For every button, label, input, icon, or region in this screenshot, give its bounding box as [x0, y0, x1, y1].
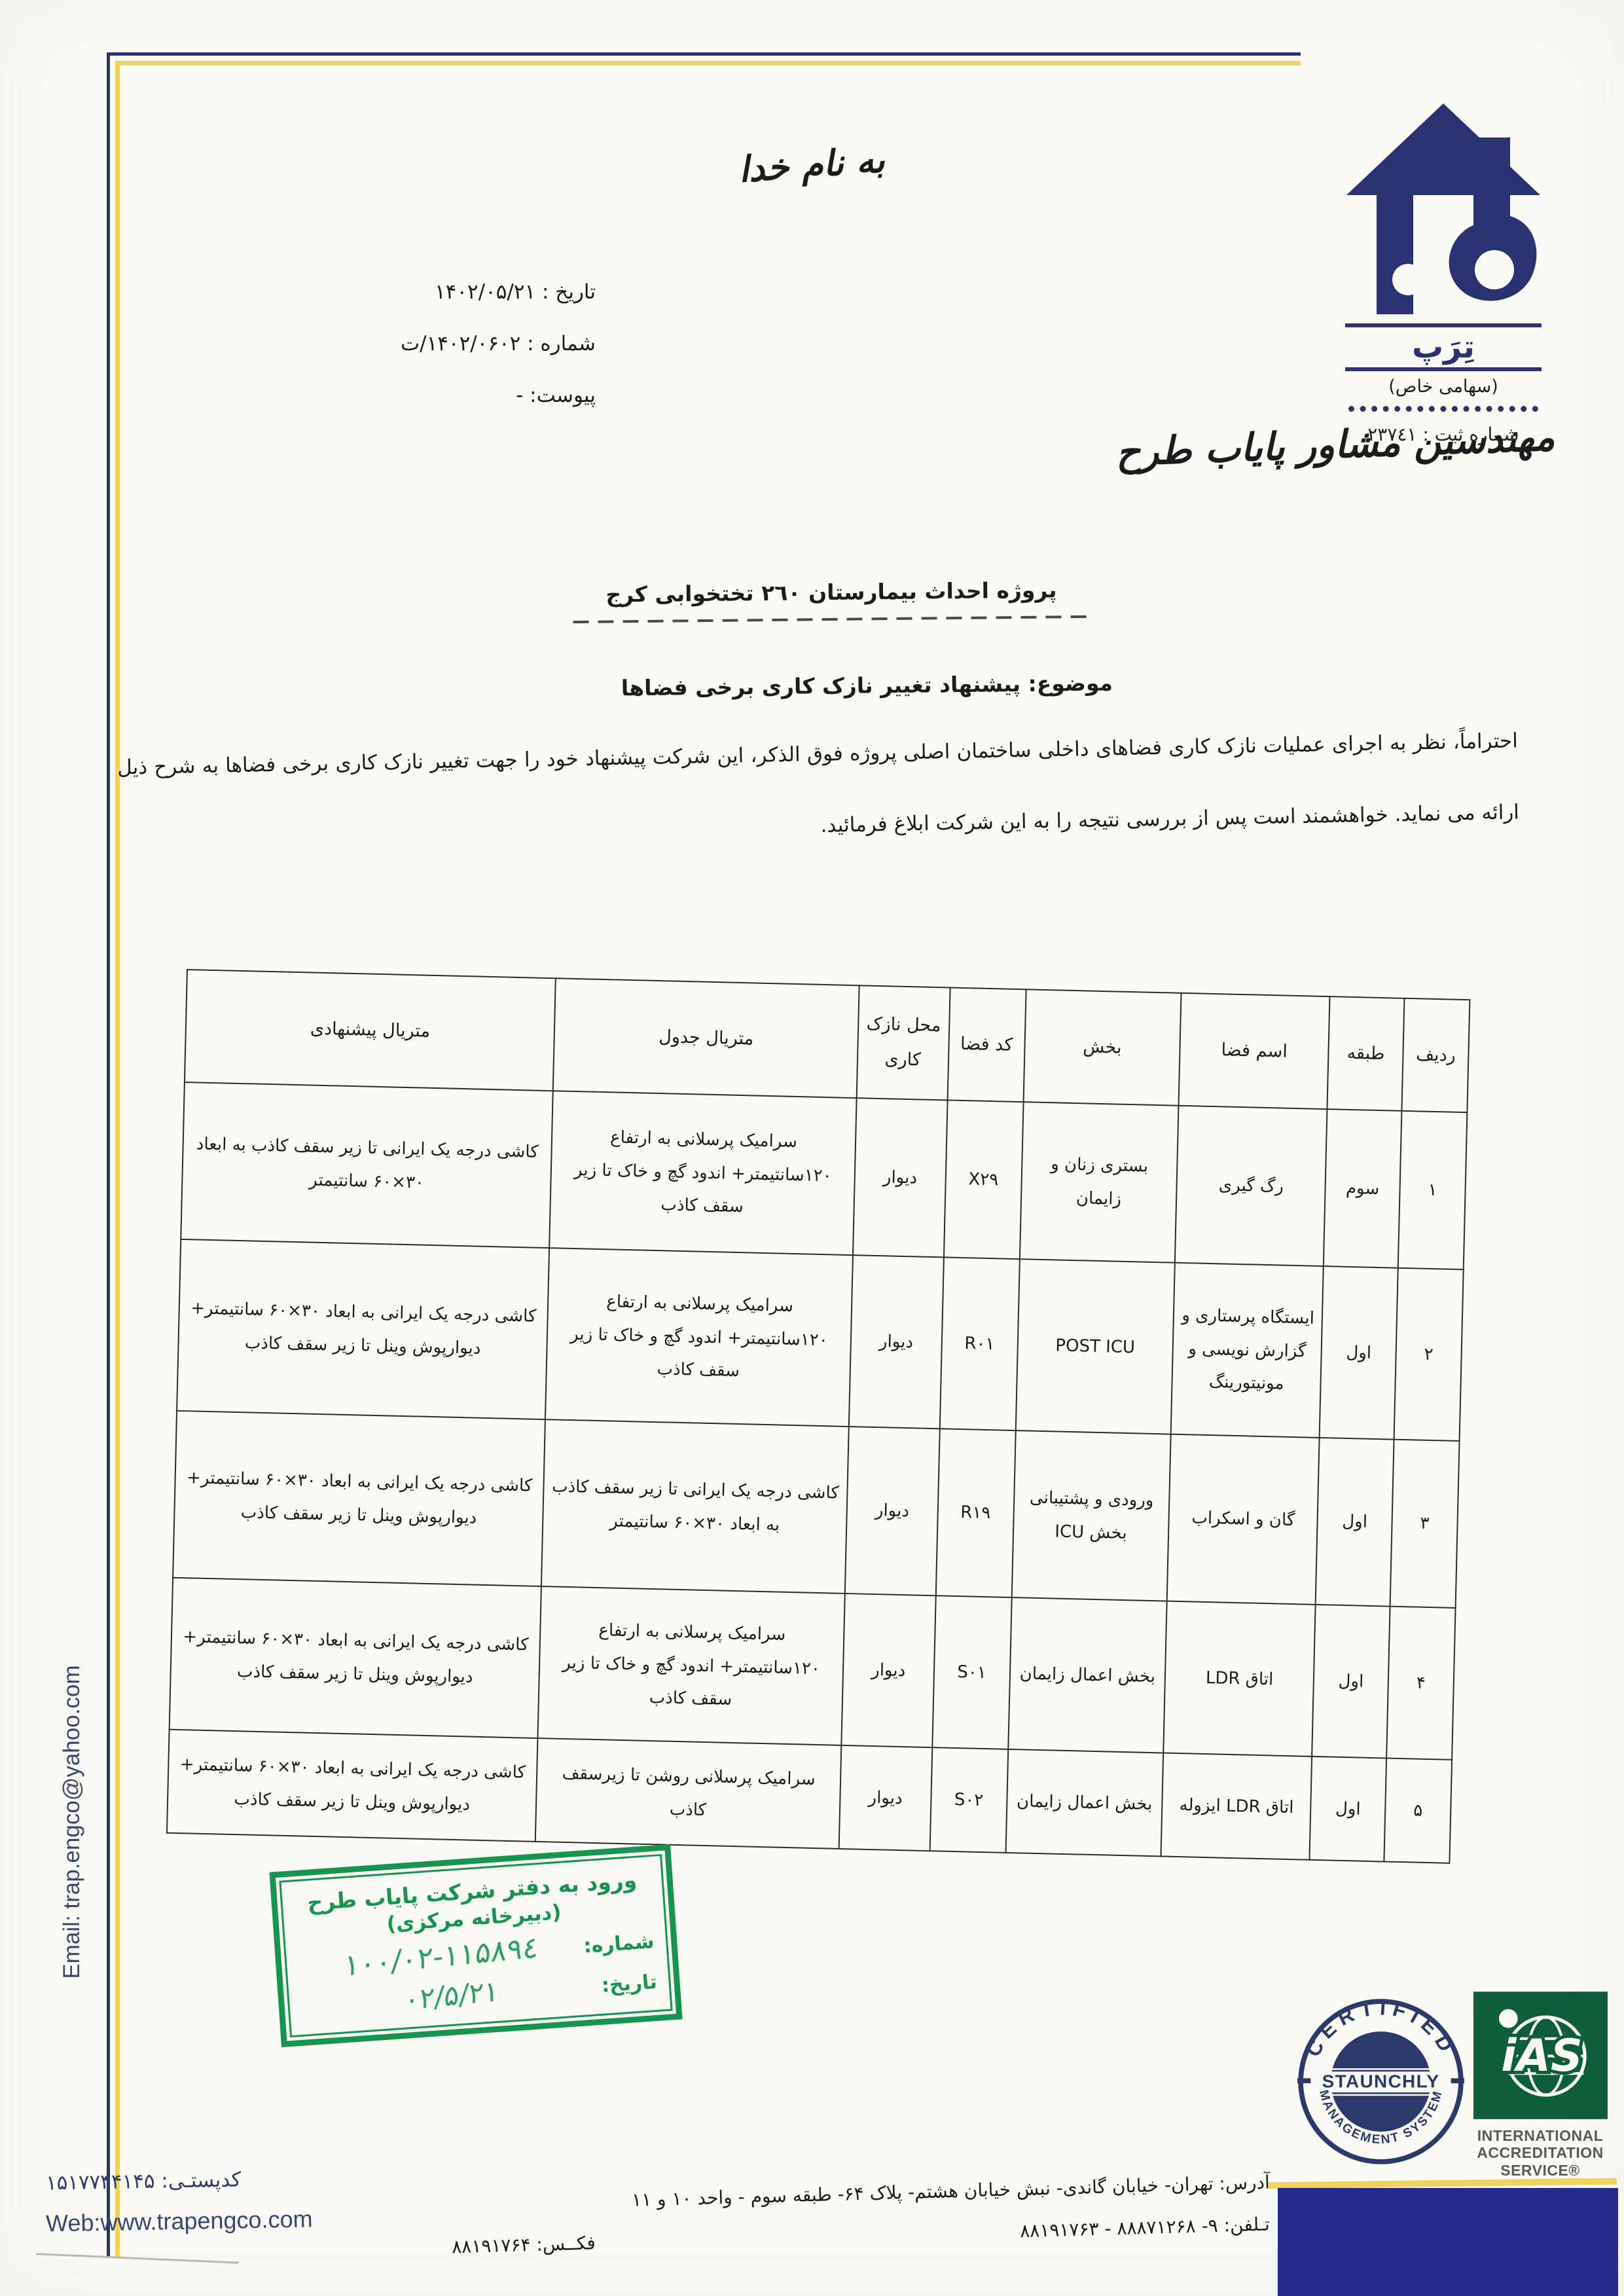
letter-date: تاریخ : ۱۴۰۲/۰۵/۲۱: [196, 280, 596, 304]
cell-proposed-material: کاشی درجه یک ایرانی به ابعاد ۳۰×۶۰ سانتی…: [170, 1578, 542, 1738]
cell-schedule-material: کاشی درجه یک ایرانی تا زیر سقف کاذب به ا…: [541, 1419, 848, 1594]
cell-space-name: رگ گیری: [1175, 1106, 1327, 1266]
cell-row-number: ۵: [1384, 1758, 1452, 1863]
postal-code: کدپستـی: ۱۵۱۷۷۴۴۱۴۵: [46, 2168, 242, 2195]
cell-location: دیوار: [839, 1745, 932, 1851]
cell-row-number: ۴: [1386, 1607, 1455, 1760]
header-finishing-location: محل نازک کاری: [856, 985, 950, 1100]
cell-floor: اول: [1310, 1757, 1387, 1862]
company-name-calligraphy: مهندسین مشاور پایاب طرح: [1106, 414, 1565, 475]
cell-floor: اول: [1320, 1266, 1398, 1440]
cell-floor: اول: [1312, 1605, 1390, 1758]
table-row: ۳ اول گان و اسکراب ورودی و پشتیبانی بخش …: [173, 1411, 1459, 1608]
cell-space-name: اتاق LDR: [1163, 1601, 1315, 1757]
company-logo-block: تِرَپ (سهامی خاص) شماره ثبت : ۲۳۷٤۱: [1312, 98, 1574, 445]
table-row: ۲ اول ایستگاه پرستاری و گزارش نویسی و مو…: [177, 1239, 1464, 1441]
email-vertical-text: Email: trap.engco@yahoo.com: [59, 1573, 85, 2071]
finishing-table-wrapper: ردیف طبقه اسم فضا بخش کد فضا محل نازک کا…: [166, 969, 1471, 1864]
cell-floor: سوم: [1324, 1109, 1402, 1268]
cell-space-code: R۰۱: [939, 1257, 1019, 1430]
frame-left-dark-line: [107, 52, 110, 2257]
staunchly-certified-badge: CERTIFIED MANAGEMENT SYSTEM STAUNCHLY: [1297, 1998, 1464, 2168]
scan-artifact-line: [36, 2253, 239, 2264]
ias-caption-line3: SERVICE®: [1470, 2162, 1610, 2179]
cell-space-name: ایستگاه پرستاری و گزارش نویسی و مونیتوری…: [1171, 1263, 1324, 1438]
cell-floor: اول: [1316, 1438, 1394, 1607]
cell-schedule-material: سرامیک پرسلانی به ارتفاع ۱۲۰سانتیمتر+ ان…: [538, 1586, 845, 1745]
frame-top-dark-line: [108, 52, 1301, 56]
cell-department: بخش اعمال زایمان: [1008, 1597, 1167, 1753]
stamp-date-label: تاریخ:: [601, 1970, 658, 1997]
cell-proposed-material: کاشی درجه یک ایرانی به ابعاد ۳۰×۶۰ سانتی…: [177, 1239, 549, 1419]
office-entry-stamp: ورود به دفتر شرکت پایاب طرح (دبیرخانه مر…: [269, 1844, 682, 2047]
dashed-separator: [573, 615, 1090, 623]
cell-department: ورودی و پشتیبانی بخش ICU: [1011, 1430, 1171, 1601]
cell-schedule-material: سرامیک پرسلانی به ارتفاع ۱۲۰سانتیمتر+ ان…: [545, 1248, 853, 1427]
company-address: آدرس: تهران- خیابان گاندی- نبش خیابان هش…: [452, 2172, 1270, 2216]
scanned-letter-page: به نام خدا تاریخ : ۱۴۰۲/۰۵/۲۱ شماره : ۱۴…: [0, 0, 1624, 2296]
logo-rule-bottom: [1345, 367, 1542, 371]
table-row: ۴ اول اتاق LDR بخش اعمال زایمان S۰۱ دیوا…: [170, 1578, 1456, 1760]
header-schedule-material: متریال جدول: [553, 978, 859, 1098]
stamp-number-label: شماره:: [583, 1930, 655, 1958]
stamp-inner-border: ورود به دفتر شرکت پایاب طرح (دبیرخانه مر…: [279, 1854, 672, 2037]
cell-department: POST ICU: [1015, 1259, 1175, 1434]
header-floor: طبقه: [1327, 996, 1405, 1111]
footer-navy-block: [1278, 2188, 1618, 2296]
cell-schedule-material: سرامیک پرسلانی به ارتفاع ۱۲۰سانتیمتر+ ان…: [549, 1091, 856, 1255]
fax-number: فکــس: ۸۸۱۹۱۷۶۴: [452, 2232, 596, 2257]
frame-top-yellow-line: [117, 61, 1301, 65]
badge-center-text: STAUNCHLY: [1322, 2071, 1440, 2091]
header-space-name: اسم فضا: [1179, 993, 1330, 1109]
letter-meta-block: تاریخ : ۱۴۰۲/۰۵/۲۱ شماره : ۱۴۰۲/۰۶۰۲/ت پ…: [196, 280, 596, 435]
phone-fax-line: تـلفن: ۹- ۸۸۸۷۱۲۶۸ - ۸۸۱۹۱۷۶۳ فکــس: ۸۸۱…: [452, 2214, 1270, 2258]
cell-space-code: X۲۹: [944, 1100, 1024, 1259]
cell-location: دیوار: [845, 1427, 940, 1595]
project-title-block: پروژه احداث بیمارستان ۲٦۰ تختخوابی کرج: [569, 577, 1094, 623]
cell-location: دیوار: [849, 1255, 944, 1429]
staunchly-badge-icon: CERTIFIED MANAGEMENT SYSTEM STAUNCHLY: [1297, 1998, 1464, 2165]
ias-accreditation-badge: iAS INTERNATIONAL ACCREDITATION SERVICE®: [1470, 1992, 1610, 2179]
dotted-separator: [1348, 406, 1538, 412]
cell-proposed-material: کاشی درجه یک ایرانی به ابعاد ۳۰×۶۰ سانتی…: [173, 1411, 545, 1586]
cell-space-name: گان و اسکراب: [1167, 1434, 1320, 1605]
ias-abbr-text: iAS: [1501, 2030, 1582, 2081]
phone-numbers: تـلفن: ۹- ۸۸۸۷۱۲۶۸ - ۸۸۱۹۱۷۶۳: [1020, 2214, 1270, 2242]
header-department: بخش: [1023, 989, 1182, 1106]
ias-caption: INTERNATIONAL ACCREDITATION SERVICE®: [1470, 2127, 1610, 2179]
header-proposed-material: متریال پیشنهادی: [185, 970, 556, 1091]
header-row-number: ردیف: [1401, 998, 1470, 1112]
cell-department: بخش اعمال زایمان: [1005, 1749, 1163, 1857]
logo-rule-top: [1345, 323, 1542, 327]
cell-row-number: ۳: [1390, 1440, 1460, 1608]
cell-space-code: S۰۲: [929, 1747, 1008, 1853]
cell-space-code: S۰۱: [932, 1595, 1011, 1749]
ias-caption-line1: INTERNATIONAL: [1470, 2127, 1610, 2144]
cell-space-code: R۱۹: [935, 1429, 1015, 1597]
cell-row-number: ۱: [1398, 1111, 1468, 1269]
table-row: ۱ سوم رگ گیری بستری زنان و زایمان X۲۹ دی…: [181, 1082, 1467, 1269]
trap-logo-icon: [1345, 98, 1542, 314]
cell-location: دیوار: [853, 1098, 947, 1257]
project-title: پروژه احداث بیمارستان ۲٦۰ تختخوابی کرج: [569, 577, 1093, 608]
cell-proposed-material: کاشی درجه یک ایرانی به ابعاد ۳۰×۶۰ سانتی…: [167, 1730, 538, 1842]
cell-row-number: ۲: [1394, 1268, 1464, 1441]
footer-yellow-line: [1269, 2178, 1617, 2189]
company-type-label: (سهامی خاص): [1312, 376, 1574, 397]
ias-caption-line2: ACCREDITATION: [1470, 2144, 1610, 2161]
subject-line: موضوع: پیشنهاد تغییر نازک کاری برخی فضاه…: [550, 670, 1113, 701]
ias-globe-icon: iAS: [1473, 1992, 1608, 2119]
letter-attachment: پیوست: -: [196, 384, 596, 407]
cell-department: بستری زنان و زایمان: [1019, 1102, 1178, 1263]
frame-left-yellow-line: [115, 61, 120, 2257]
cell-location: دیوار: [841, 1594, 935, 1747]
header-space-code: کد فضا: [947, 987, 1026, 1102]
cell-proposed-material: کاشی درجه یک ایرانی تا زیر سقف کاذب به ا…: [181, 1082, 553, 1248]
cell-schedule-material: سرامیک پرسلانی روشن تا زیرسقف کاذب: [535, 1738, 841, 1849]
letter-number: شماره : ۱۴۰۲/۰۶۰۲/ت: [196, 332, 596, 355]
website-url: Web:www.trapengco.com: [46, 2205, 313, 2237]
logo-name-text: تِرَپ: [1312, 330, 1574, 365]
cell-space-name: اتاق LDR ایزوله: [1161, 1753, 1312, 1859]
finishing-spec-table: ردیف طبقه اسم فضا بخش کد فضا محل نازک کا…: [166, 969, 1471, 1864]
letter-body: احتراماً، نظر به اجرای عملیات نازک کاری …: [117, 705, 1520, 874]
bismillah-calligraphy: به نام خدا: [660, 134, 963, 196]
